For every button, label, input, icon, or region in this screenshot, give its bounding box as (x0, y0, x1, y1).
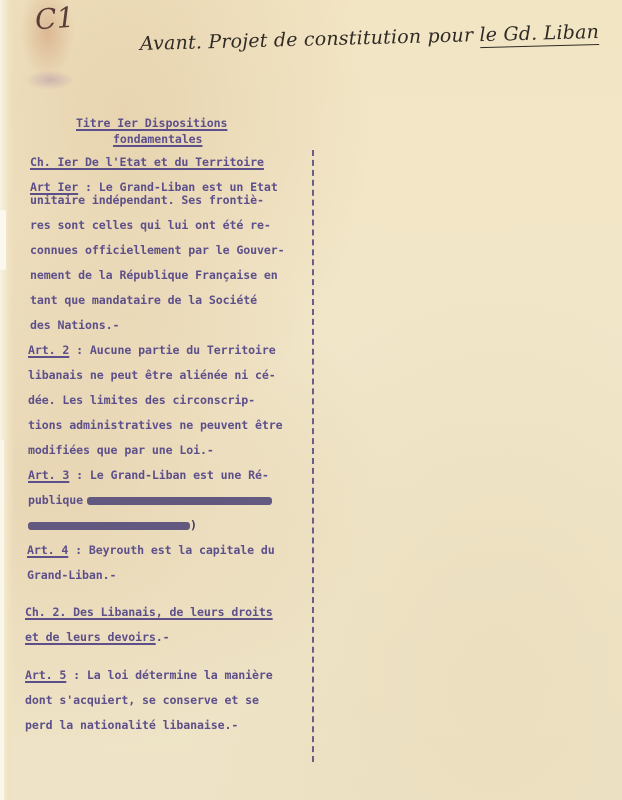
art1-line1: Art Ier : Le Grand-Liban est un Etat (30, 180, 278, 194)
art3-text2: publique (28, 493, 83, 507)
chapter2-heading-text: et de leurs devoirs (25, 630, 156, 644)
art5-label: Art. 5 (25, 668, 66, 682)
art5-line3: perd la nationalité libanaise.- (25, 718, 238, 732)
art1-text1: : Le Grand-Liban est un Etat (78, 180, 278, 194)
art3-text1: : Le Grand-Liban est une Ré- (69, 468, 269, 482)
paper-tear-lower (0, 440, 4, 800)
handwritten-part1: Avant. Projet de constitution pour (140, 24, 480, 55)
art3-line2: publique (28, 493, 272, 507)
art5-line1: Art. 5 : La loi détermine la manière (25, 668, 273, 682)
art3-line1: Art. 3 : Le Grand-Liban est une Ré- (28, 468, 269, 482)
art3-line3: ) (28, 518, 197, 532)
art2-line1: Art. 2 : Aucune partie du Territoire (28, 343, 276, 357)
art4-line1: Art. 4 : Beyrouth est la capitale du (27, 543, 275, 557)
art2-line4: tions administratives ne peuvent être (28, 418, 283, 432)
struck-out-text-2 (28, 522, 190, 530)
chapter2-heading-line2: et de leurs devoirs.- (25, 630, 170, 644)
document-page: C1 Avant. Projet de constitution pour le… (0, 0, 622, 800)
paper-tear (0, 210, 6, 270)
handwritten-heading: Avant. Projet de constitution pour le Gd… (140, 21, 600, 55)
art1-line5: nement de la République Française en (30, 268, 278, 282)
handwritten-part2: le Gd. Liban (479, 21, 599, 48)
art1-line2: unitaire indépendant. Ses frontiè- (30, 193, 264, 207)
corner-annotation: C1 (34, 1, 75, 37)
art1-label: Art Ier (30, 180, 78, 194)
art5-line2: dont s'acquiert, se conserve et se (25, 693, 259, 707)
art4-text1: : Beyrouth est la capitale du (68, 543, 274, 557)
art2-line2: libanais ne peut être aliénée ni cé- (28, 368, 276, 382)
art4-label: Art. 4 (27, 543, 68, 557)
chapter1-heading: Ch. Ier De l'Etat et du Territoire (30, 155, 264, 169)
title-line2: fondamentales (113, 132, 202, 146)
chapter2-heading-line1: Ch. 2. Des Libanais, de leurs droits (25, 605, 273, 619)
art5-text1: : La loi détermine la manière (66, 668, 272, 682)
art2-label: Art. 2 (28, 343, 69, 357)
art2-line3: dée. Les limites des circonscrip- (28, 393, 255, 407)
art1-line6: tant que mandataire de la Société (30, 293, 257, 307)
art1-line4: connues officiellement par le Gouver- (30, 243, 285, 257)
art3-label: Art. 3 (28, 468, 69, 482)
struck-out-text (87, 497, 272, 505)
column-divider (312, 150, 314, 762)
title-line1: Titre Ier Dispositions (76, 116, 227, 130)
art1-line7: des Nations.- (30, 318, 119, 332)
chapter2-heading-suffix: .- (156, 630, 170, 644)
art4-line2: Grand-Liban.- (27, 568, 116, 582)
ink-smudge (25, 70, 75, 90)
art2-text1: : Aucune partie du Territoire (69, 343, 275, 357)
art1-line3: res sont celles qui lui ont été re- (30, 218, 271, 232)
art2-line5: modifiées que par une Loi.- (28, 443, 214, 457)
